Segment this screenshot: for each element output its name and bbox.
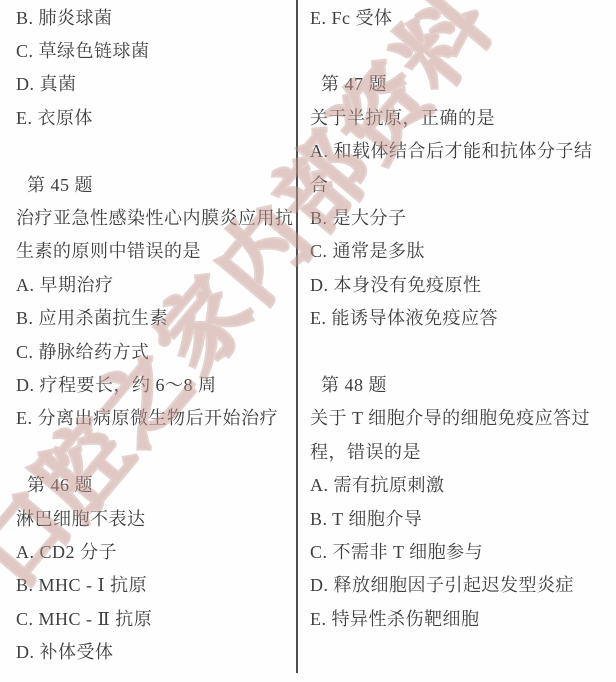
- question-number: 第 47 题: [310, 67, 610, 100]
- question-stem: 关于 T 细胞介导的细胞免疫应答过: [310, 401, 610, 434]
- option-line: A. 需有抗原刺激: [310, 467, 610, 500]
- option-line: E. 分离出病原微生物后开始治疗: [16, 401, 294, 434]
- blank-line: [16, 134, 294, 167]
- question-stem: 生素的原则中错误的是: [16, 234, 294, 267]
- option-line: D. 疗程要长，约 6～8 周: [16, 367, 294, 400]
- option-line: B. 应用杀菌抗生素: [16, 301, 294, 334]
- option-line: B. T 细胞介导: [310, 501, 610, 534]
- right-column: E. Fc 受体 第 47 题 关于半抗原，正确的是 A. 和载体结合后才能和抗…: [310, 0, 610, 634]
- option-line: D. 本身没有免疫原性: [310, 267, 610, 300]
- question-stem: 程，错误的是: [310, 434, 610, 467]
- option-line: D. 释放细胞因子引起迟发型炎症: [310, 568, 610, 601]
- option-line: A. CD2 分子: [16, 534, 294, 567]
- option-line: A. 和载体结合后才能和抗体分子结: [310, 134, 610, 167]
- question-stem: 治疗亚急性感染性心内膜炎应用抗: [16, 200, 294, 233]
- question-number: 第 45 题: [16, 167, 294, 200]
- option-line: B. 肺炎球菌: [16, 0, 294, 33]
- question-stem: 淋巴细胞不表达: [16, 501, 294, 534]
- left-column: B. 肺炎球菌 C. 草绿色链球菌 D. 真菌 E. 衣原体 第 45 题 治疗…: [16, 0, 294, 668]
- option-line: E. 能诱导体液免疫应答: [310, 301, 610, 334]
- question-number: 第 46 题: [16, 467, 294, 500]
- option-line: C. MHC - Ⅱ 抗原: [16, 601, 294, 634]
- question-stem: 关于半抗原，正确的是: [310, 100, 610, 133]
- option-line: C. 草绿色链球菌: [16, 33, 294, 66]
- option-line: E. 特异性杀伤靶细胞: [310, 601, 610, 634]
- blank-line: [310, 33, 610, 66]
- question-number: 第 48 题: [310, 367, 610, 400]
- option-line: C. 静脉给药方式: [16, 334, 294, 367]
- option-line: D. 补体受体: [16, 634, 294, 667]
- option-line: D. 真菌: [16, 67, 294, 100]
- option-line: 合: [310, 167, 610, 200]
- option-line: C. 不需非 T 细胞参与: [310, 534, 610, 567]
- blank-line: [16, 434, 294, 467]
- exam-scan-page: B. 肺炎球菌 C. 草绿色链球菌 D. 真菌 E. 衣原体 第 45 题 治疗…: [0, 0, 616, 682]
- option-line: C. 通常是多肽: [310, 234, 610, 267]
- option-line: B. MHC - Ⅰ 抗原: [16, 568, 294, 601]
- column-divider-line: [296, 0, 298, 673]
- option-line: E. 衣原体: [16, 100, 294, 133]
- option-line: A. 早期治疗: [16, 267, 294, 300]
- option-line: E. Fc 受体: [310, 0, 610, 33]
- option-line: B. 是大分子: [310, 200, 610, 233]
- blank-line: [310, 334, 610, 367]
